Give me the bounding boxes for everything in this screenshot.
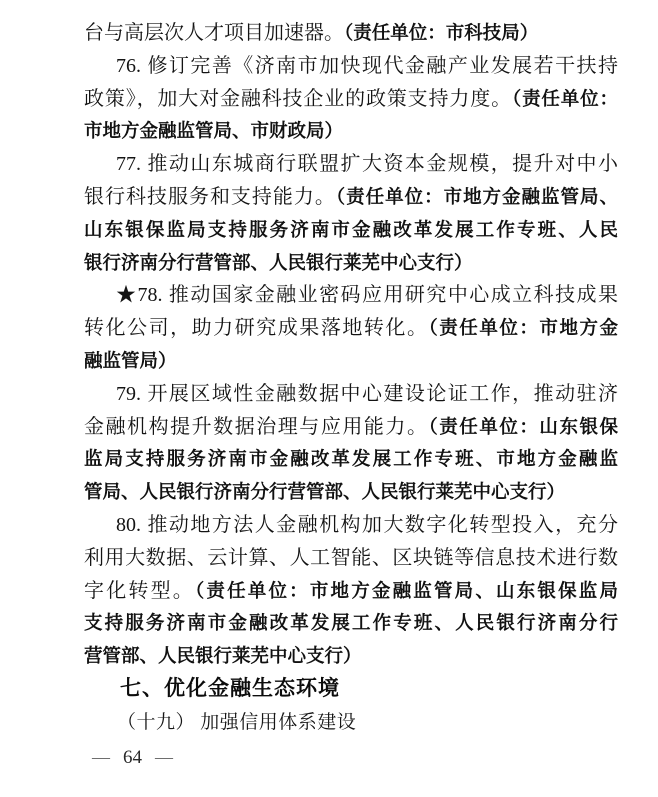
body-text-segment: 字化转型。 [84, 580, 195, 602]
body-text-segment: 80. 推动地方法人金融机构加大数字化转型投入，充分 [116, 514, 618, 536]
section-heading: 七、优化金融生态环境 [84, 673, 618, 706]
text-line: 支持服务济南市金融改革发展工作专班、人民银行济南分行 [84, 607, 618, 640]
text-line: 转化公司，助力研究成果落地转化。（责任单位：市地方金 [84, 312, 618, 345]
body-text-segment: ★78. 推动国家金融业密码应用研究中心成立科技成果 [116, 284, 618, 306]
responsible-unit-segment: （责任单位：市地方金融监管局、 [336, 188, 618, 208]
body-text-segment: 转化公司，助力研究成果落地转化。 [84, 317, 428, 339]
page-number: 64 [123, 747, 142, 768]
responsible-unit-segment: 管局、人民银行济南分行营管部、人民银行莱芜中心支行） [84, 483, 565, 503]
responsible-unit-segment: （责任单位：山东银保 [428, 418, 618, 438]
body-text-segment: 金融机构提升数据治理与应用能力。 [84, 416, 428, 438]
body-text-segment: 银行科技服务和支持能力。 [84, 186, 336, 208]
text-line: 市地方金融监管局、市财政局） [84, 115, 618, 148]
responsible-unit-segment: 融监管局） [84, 352, 177, 372]
responsible-unit-segment: （责任单位：市地方金 [428, 319, 618, 339]
text-line: 79. 开展区域性金融数据中心建设论证工作，推动驻济 [84, 378, 618, 411]
document-body: 台与高层次人才项目加速器。（责任单位：市科技局）76. 修订完善《济南市加快现代… [84, 17, 618, 739]
text-line: 金融机构提升数据治理与应用能力。（责任单位：山东银保 [84, 411, 618, 444]
text-line: 字化转型。（责任单位：市地方金融监管局、山东银保监局 [84, 575, 618, 608]
responsible-unit-segment: 支持服务济南市金融改革发展工作专班、人民银行济南分行 [84, 614, 618, 634]
body-text-segment: 77. 推动山东城商行联盟扩大资本金规模，提升对中小 [116, 153, 618, 175]
text-line: 利用大数据、云计算、人工智能、区块链等信息技术进行数 [84, 542, 618, 575]
responsible-unit-segment: 监局支持服务济南市金融改革发展工作专班、市地方金融监 [84, 450, 618, 470]
text-line: 台与高层次人才项目加速器。（责任单位：市科技局） [84, 17, 618, 50]
text-line: 80. 推动地方法人金融机构加大数字化转型投入，充分 [84, 509, 618, 542]
page-footer: —64— [92, 744, 173, 770]
text-line: 政策》，加大对金融科技企业的政策支持力度。（责任单位： [84, 83, 618, 116]
text-line: 山东银保监局支持服务济南市金融改革发展工作专班、人民 [84, 214, 618, 247]
text-line: 76. 修订完善《济南市加快现代金融产业发展若干扶持 [84, 50, 618, 83]
text-line: 管局、人民银行济南分行营管部、人民银行莱芜中心支行） [84, 476, 618, 509]
responsible-unit-segment: 市地方金融监管局、市财政局） [84, 122, 343, 142]
responsible-unit-segment: 营管部、人民银行莱芜中心支行） [84, 647, 362, 667]
body-text-segment: 政策》，加大对金融科技企业的政策支持力度。 [84, 88, 512, 110]
text-line: 融监管局） [84, 345, 618, 378]
text-line: ★78. 推动国家金融业密码应用研究中心成立科技成果 [84, 279, 618, 312]
responsible-unit-segment: （责任单位： [512, 90, 618, 110]
footer-right-dash: — [155, 747, 173, 767]
text-line: 77. 推动山东城商行联盟扩大资本金规模，提升对中小 [84, 148, 618, 181]
body-text-segment: 79. 开展区域性金融数据中心建设论证工作，推动驻济 [116, 383, 618, 405]
body-text-segment: 利用大数据、云计算、人工智能、区块链等信息技术进行数 [84, 547, 618, 569]
document-page: 台与高层次人才项目加速器。（责任单位：市科技局）76. 修订完善《济南市加快现代… [0, 0, 658, 797]
section-heading-text: 七、优化金融生态环境 [120, 677, 340, 700]
body-text-segment: 76. 修订完善《济南市加快现代金融产业发展若干扶持 [116, 55, 618, 77]
footer-left-dash: — [92, 747, 110, 767]
subsection-heading: （十九） 加强信用体系建设 [84, 706, 618, 739]
text-line: 银行科技服务和支持能力。（责任单位：市地方金融监管局、 [84, 181, 618, 214]
text-line: 营管部、人民银行莱芜中心支行） [84, 640, 618, 673]
subsection-heading-text: （十九） 加强信用体系建设 [117, 712, 356, 733]
responsible-unit-segment: 银行济南分行营管部、人民银行莱芜中心支行） [84, 254, 473, 274]
responsible-unit-segment: 山东银保监局支持服务济南市金融改革发展工作专班、人民 [84, 221, 618, 241]
body-text-segment: 台与高层次人才项目加速器。 [84, 22, 344, 44]
text-line: 监局支持服务济南市金融改革发展工作专班、市地方金融监 [84, 443, 618, 476]
responsible-unit-segment: （责任单位：市科技局） [344, 24, 538, 44]
responsible-unit-segment: （责任单位：市地方金融监管局、山东银保监局 [195, 582, 618, 602]
text-line: 银行济南分行营管部、人民银行莱芜中心支行） [84, 247, 618, 280]
